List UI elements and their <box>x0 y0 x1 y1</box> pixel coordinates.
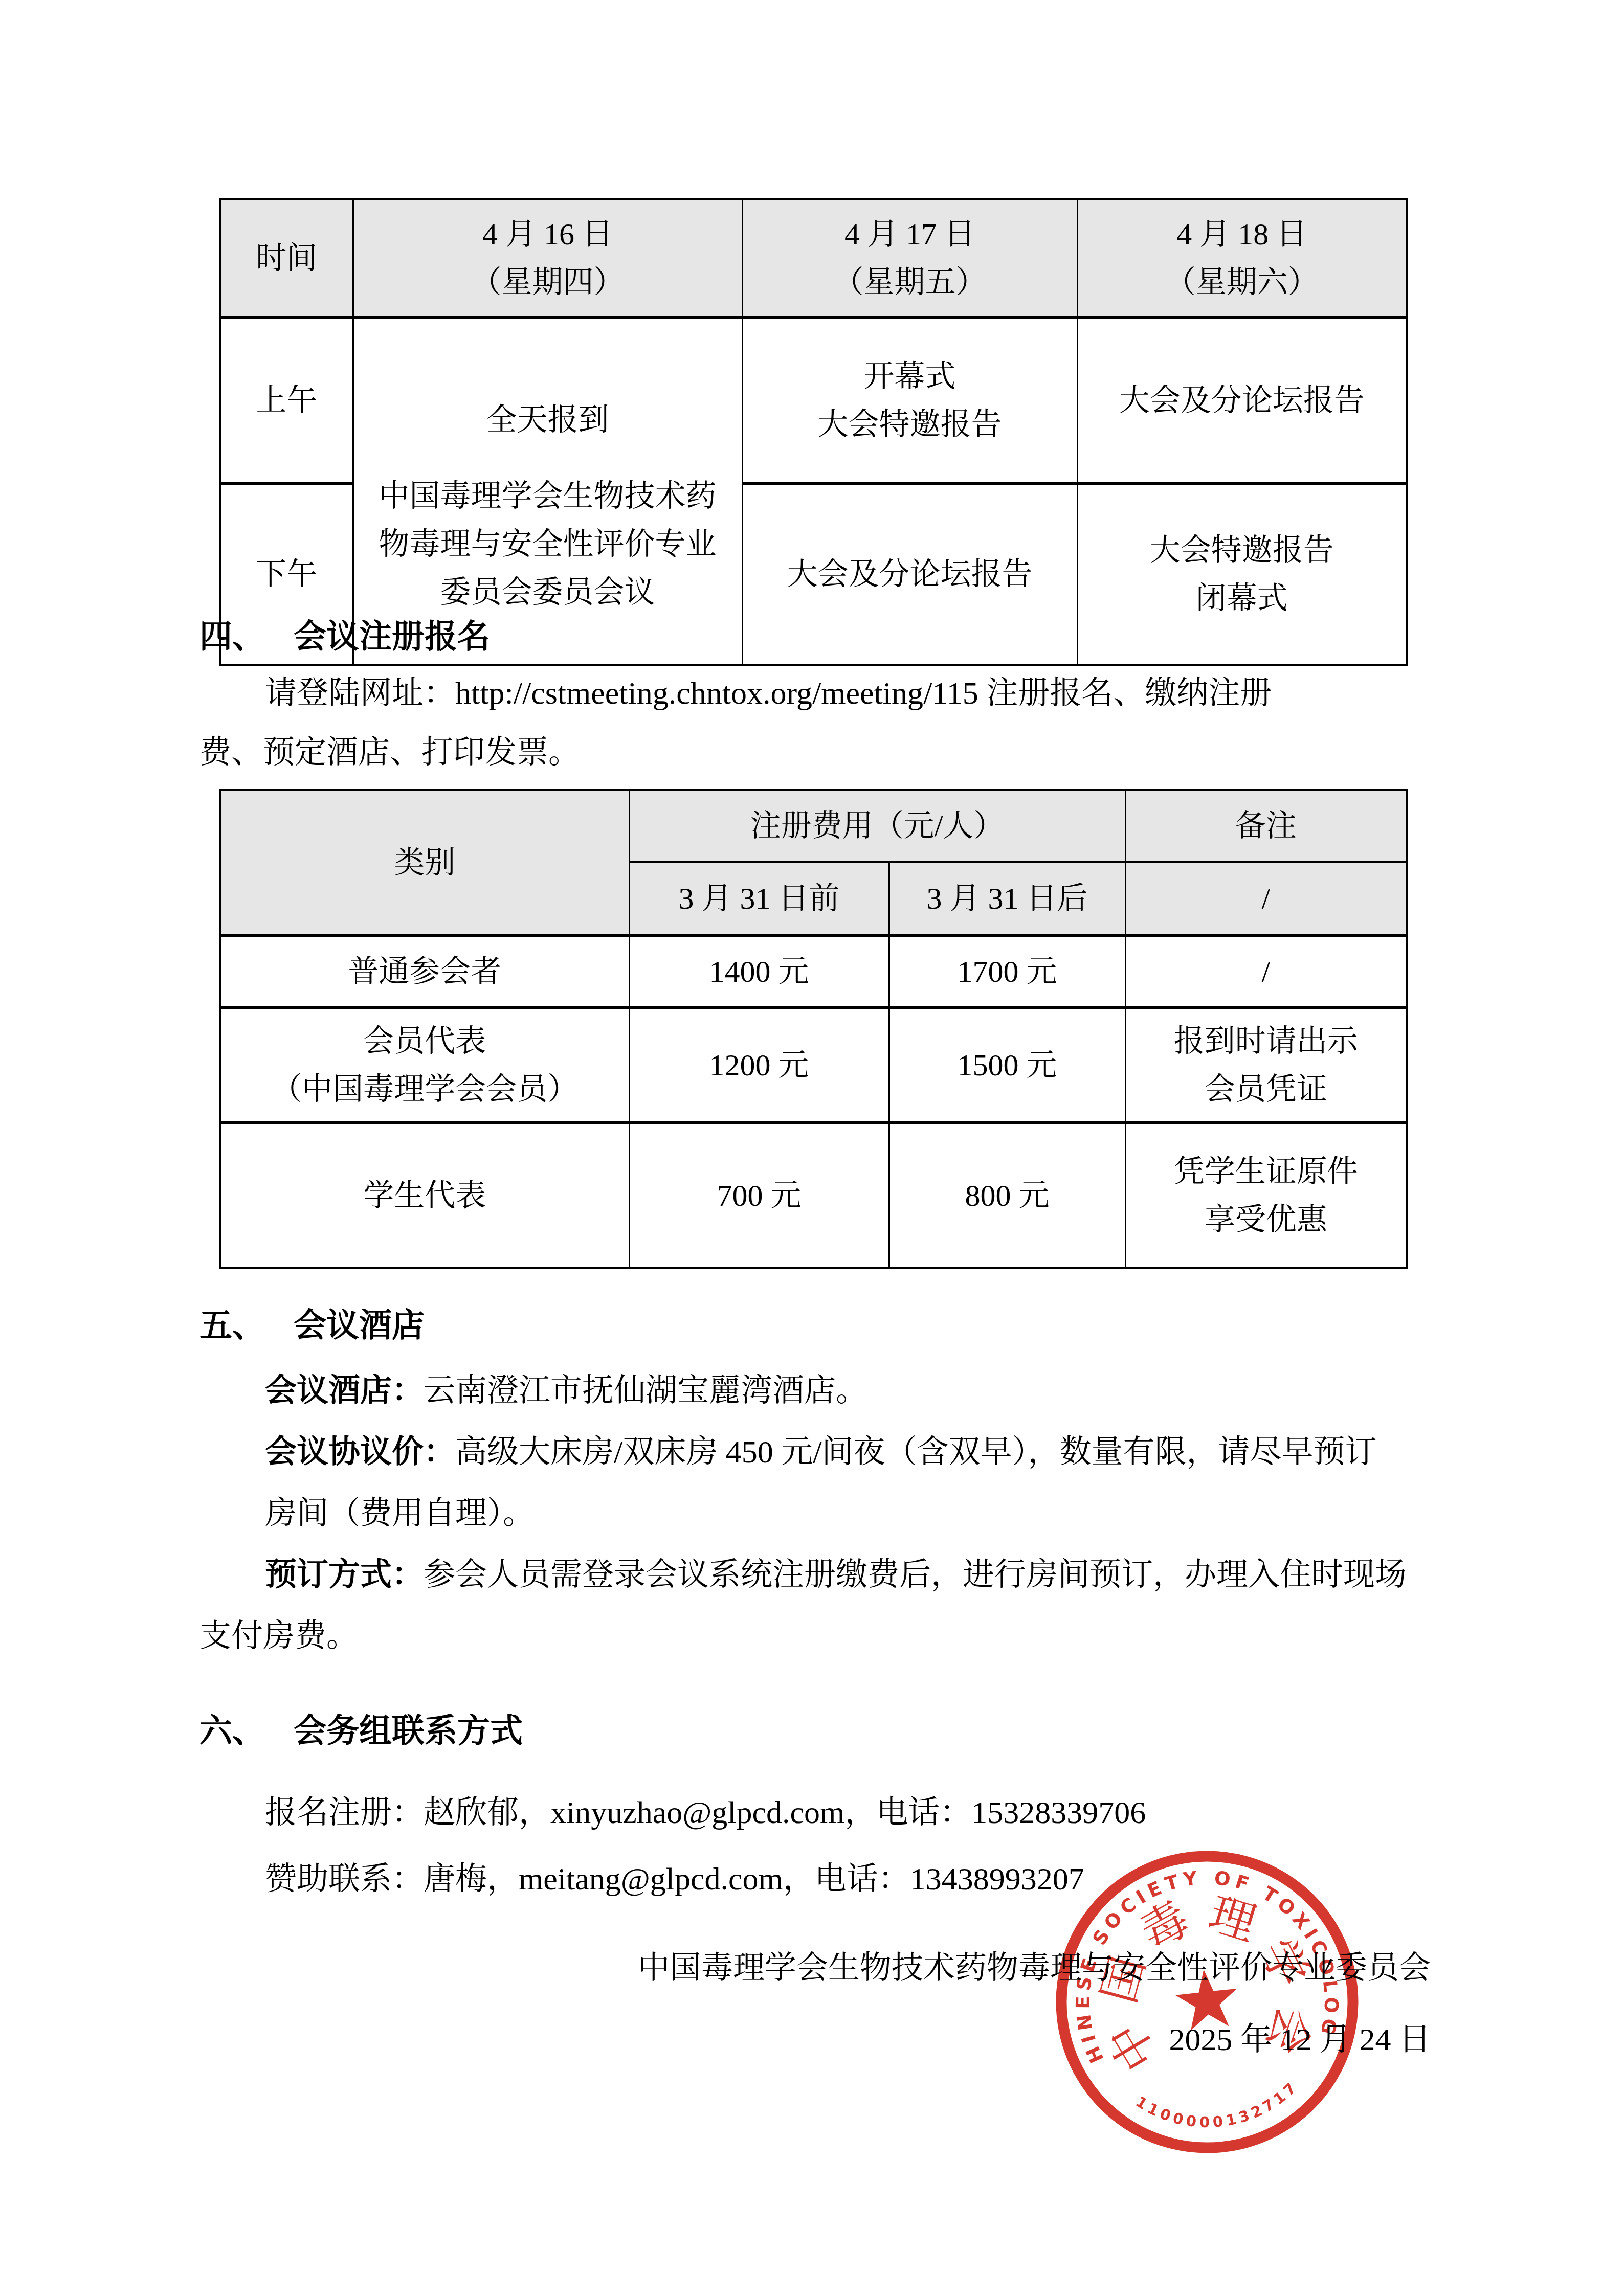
section4-heading: 四、会议注册报名 <box>199 611 490 662</box>
schedule-morning-day3: 大会及分论坛报告 <box>1077 318 1407 483</box>
booking-text: 参会人员需登录会议系统注册缴费后，进行房间预订，办理入住时现场 <box>424 1558 1407 1592</box>
booking-line-cont: 支付房费。 <box>199 1606 1437 1667</box>
schedule-header-day3: 4 月 18 日 （星期六） <box>1077 199 1407 318</box>
hotel-price-line: 会议协议价：高级大床房/双床房 450 元/间夜（含双早），数量有限，请尽早预订 <box>199 1422 1503 1483</box>
section5-number: 五、 <box>199 1307 265 1343</box>
fee-row-general: 普通参会者 1400 元 1700 元 / <box>220 936 1407 1007</box>
schedule-morning-day2: 开幕式 大会特邀报告 <box>742 318 1077 483</box>
seal-char: 会 <box>1257 2000 1320 2060</box>
fee-subheader-after: 3 月 31 日后 <box>889 862 1125 936</box>
fee-category: 普通参会者 <box>220 936 629 1007</box>
schedule-day1-committee-meeting: 中国毒理学会生物技术药 物毒理与安全性评价专业 委员会委员会议 <box>354 472 742 616</box>
schedule-afternoon-day3: 大会特邀报告 闭幕式 <box>1077 483 1407 665</box>
schedule-table: 时间 4 月 16 日 （星期四） 4 月 17 日 （星期五） 4 月 18 … <box>219 198 1408 666</box>
section6-number: 六、 <box>199 1713 265 1749</box>
fee-after: 1700 元 <box>889 936 1125 1007</box>
hotel-price-line-cont: 房间（费用自理）。 <box>199 1483 1503 1544</box>
schedule-header-day1: 4 月 16 日 （星期四） <box>353 199 742 318</box>
schedule-afternoon-day2: 大会及分论坛报告 <box>742 483 1077 665</box>
section6-title: 会务组联系方式 <box>294 1713 523 1749</box>
fee-row-student: 学生代表 700 元 800 元 凭学生证原件 享受优惠 <box>220 1122 1407 1268</box>
fee-header-fee: 注册费用（元/人） <box>629 790 1125 862</box>
hotel-line: 会议酒店：云南澄江市抚仙湖宝麗湾酒店。 <box>199 1360 1503 1422</box>
fee-row-member: 会员代表 （中国毒理学会会员） 1200 元 1500 元 报到时请出示 会员凭… <box>220 1007 1407 1122</box>
booking-line: 预订方式：参会人员需登录会议系统注册缴费后，进行房间预订，办理入住时现场 <box>199 1544 1503 1606</box>
hotel-label: 会议酒店： <box>265 1374 424 1408</box>
booking-label: 预订方式： <box>265 1558 424 1592</box>
fee-header-category: 类别 <box>220 790 629 936</box>
schedule-day1-registration: 全天报到 <box>354 367 742 472</box>
fee-before: 1200 元 <box>629 1007 889 1122</box>
fee-before: 1400 元 <box>629 936 889 1007</box>
fee-subheader-note: / <box>1125 862 1407 936</box>
hotel-name: 云南澄江市抚仙湖宝麗湾酒店。 <box>424 1374 867 1408</box>
section4-title: 会议注册报名 <box>294 618 490 655</box>
contact-registration: 报名注册：赵欣郁，xinyuzhao@glpcd.com，电话：15328339… <box>199 1780 1503 1846</box>
fee-note: 凭学生证原件 享受优惠 <box>1125 1122 1407 1268</box>
section4-number: 四、 <box>199 618 265 655</box>
fee-category: 学生代表 <box>220 1122 629 1268</box>
fee-note: / <box>1125 936 1407 1007</box>
hotel-price-label: 会议协议价： <box>265 1435 455 1470</box>
fee-note: 报到时请出示 会员凭证 <box>1125 1007 1407 1122</box>
section6-heading: 六、会务组联系方式 <box>199 1705 523 1757</box>
document-page: 时间 4 月 16 日 （星期四） 4 月 17 日 （星期五） 4 月 18 … <box>0 0 1624 2296</box>
hotel-price-text: 高级大床房/双床房 450 元/间夜（含双早），数量有限，请尽早预订 <box>455 1435 1376 1470</box>
fee-after: 1500 元 <box>889 1007 1125 1122</box>
official-seal: CHINESE SOCIETY OF TOXICOLOGY 1100000132… <box>1042 1837 1372 2167</box>
registration-url-paragraph: 请登陆网址：http://cstmeeting.chntox.org/meeti… <box>199 664 1437 782</box>
fee-category: 会员代表 （中国毒理学会会员） <box>220 1007 629 1122</box>
fee-before: 700 元 <box>629 1122 889 1268</box>
seal-star-icon <box>1173 1966 1241 2031</box>
seal-char: 中 <box>1100 2013 1167 2079</box>
schedule-row-morning-label: 上午 <box>220 318 353 483</box>
section5-title: 会议酒店 <box>294 1307 425 1343</box>
fee-subheader-before: 3 月 31 日前 <box>629 862 889 936</box>
section5-heading: 五、会议酒店 <box>199 1300 425 1351</box>
schedule-header-day2: 4 月 17 日 （星期五） <box>742 199 1077 318</box>
fee-table: 类别 注册费用（元/人） 备注 3 月 31 日前 3 月 31 日后 / 普通… <box>219 789 1408 1269</box>
fee-after: 800 元 <box>889 1122 1125 1268</box>
fee-header-note: 备注 <box>1125 790 1407 862</box>
schedule-header-time: 时间 <box>220 199 353 318</box>
seal-char: 国 <box>1094 1951 1154 2009</box>
